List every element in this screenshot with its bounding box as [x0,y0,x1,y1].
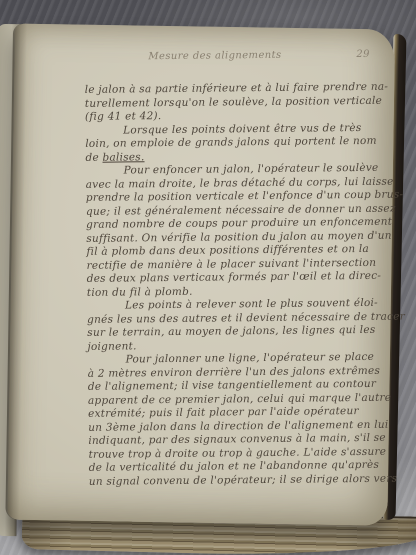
running-title: Mesure des alignements [148,50,281,62]
paragraph: Lorsque les points doivent être vus de t… [85,121,385,165]
text-line: un signal convenu de l'opérateur; il se … [89,472,389,489]
text-segment: de [85,151,102,163]
underlined-word: balises. [102,151,144,163]
paragraph: Les points à relever sont le plus souven… [87,297,388,354]
manuscript-page: Mesure des alignements 29 le jalon à sa … [7,24,395,526]
page-header: Mesure des alignements 29 [84,49,384,68]
photo-scene: Mesure des alignements 29 le jalon à sa … [0,0,416,555]
paragraph: le jalon à sa partie inférieure et à lui… [85,81,385,125]
page-content: Mesure des alignements 29 le jalon à sa … [14,25,399,525]
page-number: 29 [356,49,370,60]
handwritten-body: le jalon à sa partie inférieure et à lui… [85,81,389,489]
paragraph: Pour enfoncer un jalon, l'opérateur le s… [86,162,387,300]
paragraph: Pour jalonner une ligne, l'opérateur se … [87,351,388,489]
